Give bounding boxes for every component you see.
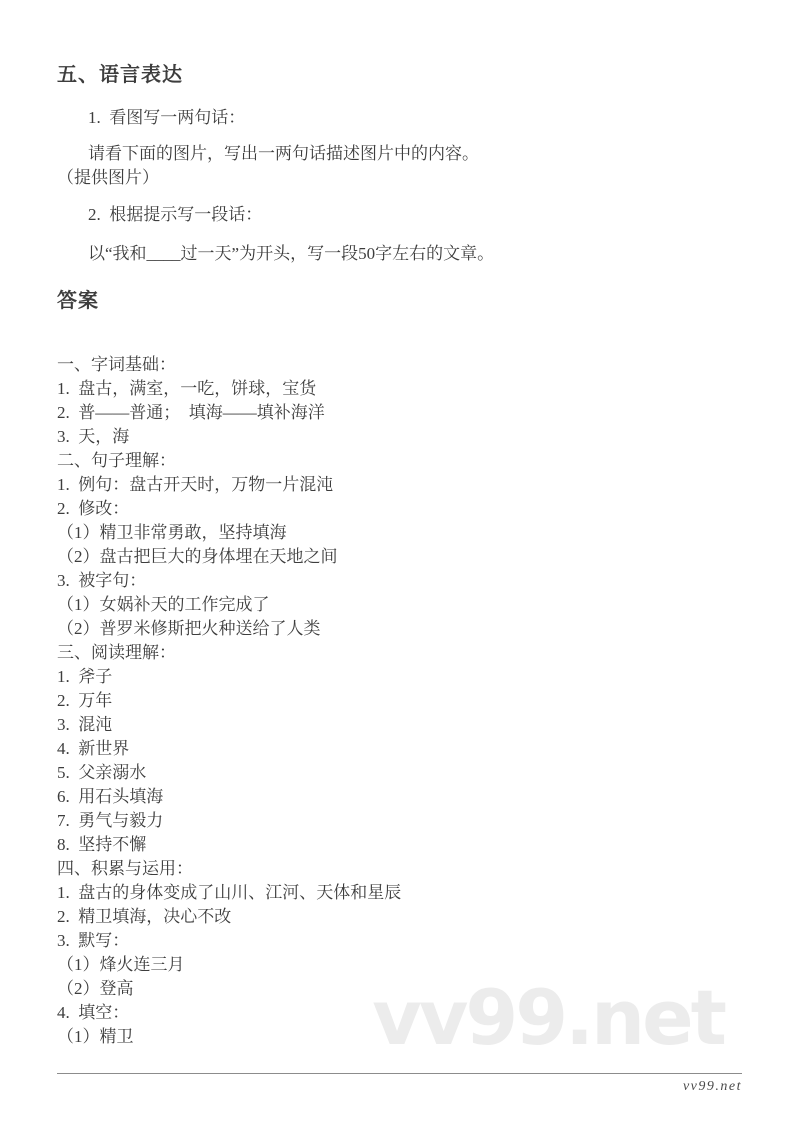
answer-line: （1）精卫 xyxy=(57,1025,742,1049)
footer-divider xyxy=(57,1073,742,1074)
question-1-title: 1. 看图写一两句话： xyxy=(57,106,742,130)
footer-site-text: vv99.net xyxy=(57,1079,742,1095)
answer-line: 一、字词基础： xyxy=(57,353,742,377)
answer-line: 2. 精卫填海，决心不改 xyxy=(57,905,742,929)
question-1-note: （提供图片） xyxy=(57,166,742,190)
answer-line: （1）女娲补天的工作完成了 xyxy=(57,593,742,617)
answer-line: 三、阅读理解： xyxy=(57,641,742,665)
answer-line: 二、句子理解： xyxy=(57,449,742,473)
answer-line: 3. 默写： xyxy=(57,929,742,953)
answer-line: 3. 天，海 xyxy=(57,425,742,449)
question-1-description: 请看下面的图片，写出一两句话描述图片中的内容。 xyxy=(57,142,742,166)
answer-line: 3. 混沌 xyxy=(57,713,742,737)
answer-line: 8. 坚持不懈 xyxy=(57,833,742,857)
answer-line: （2）普罗米修斯把火种送给了人类 xyxy=(57,617,742,641)
answer-line: 3. 被字句： xyxy=(57,569,742,593)
page-content: 五、语言表达 1. 看图写一两句话： 请看下面的图片，写出一两句话描述图片中的内… xyxy=(0,0,800,1095)
answer-line: 5. 父亲溺水 xyxy=(57,761,742,785)
answer-line: （1）烽火连三月 xyxy=(57,953,742,977)
section-five-heading: 五、语言表达 xyxy=(57,62,742,88)
answer-line: 2. 普——普通； 填海——填补海洋 xyxy=(57,401,742,425)
answer-line: 7. 勇气与毅力 xyxy=(57,809,742,833)
answer-line: 1. 例句：盘古开天时，万物一片混沌 xyxy=(57,473,742,497)
answer-line: 1. 斧子 xyxy=(57,665,742,689)
question-2-title: 2. 根据提示写一段话： xyxy=(57,203,742,227)
answer-line: 2. 修改： xyxy=(57,497,742,521)
answer-line: 4. 新世界 xyxy=(57,737,742,761)
answer-line: 6. 用石头填海 xyxy=(57,785,742,809)
question-2-description: 以“我和____过一天”为开头，写一段50字左右的文章。 xyxy=(57,242,742,266)
answers-list: 一、字词基础：1. 盘古，满室，一吃，饼球，宝货2. 普——普通； 填海——填补… xyxy=(57,353,742,1049)
answers-heading: 答案 xyxy=(57,288,742,314)
answer-line: 4. 填空： xyxy=(57,1001,742,1025)
document-page: vv99.net 五、语言表达 1. 看图写一两句话： 请看下面的图片，写出一两… xyxy=(0,0,800,1130)
answer-line: （1）精卫非常勇敢，坚持填海 xyxy=(57,521,742,545)
answer-line: 2. 万年 xyxy=(57,689,742,713)
answer-line: 1. 盘古，满室，一吃，饼球，宝货 xyxy=(57,377,742,401)
answer-line: 四、积累与运用： xyxy=(57,857,742,881)
answer-line: 1. 盘古的身体变成了山川、江河、天体和星辰 xyxy=(57,881,742,905)
answer-line: （2）盘古把巨大的身体埋在天地之间 xyxy=(57,545,742,569)
answer-line: （2）登高 xyxy=(57,977,742,1001)
